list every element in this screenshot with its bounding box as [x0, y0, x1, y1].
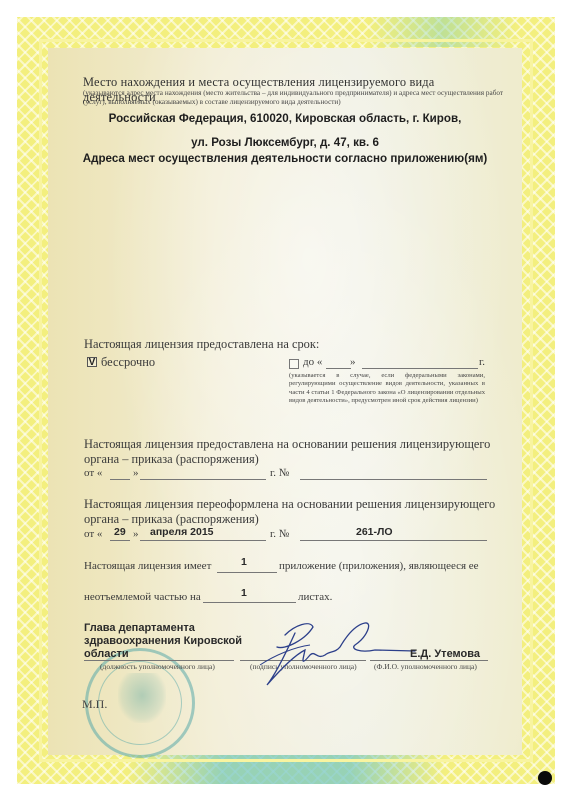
- granted-from-label: от «: [84, 467, 102, 479]
- signatory-name: Е.Д. Утемова: [410, 648, 480, 660]
- reissued-from-label: от «: [84, 528, 102, 540]
- until-hint: (указывается в случае, если федеральными…: [289, 372, 485, 406]
- reissued-number-field[interactable]: [300, 540, 487, 541]
- unlimited-label: бессрочно: [101, 355, 155, 370]
- appendix-sheets-value: 1: [241, 587, 247, 599]
- granted-number-label: г. №: [270, 467, 289, 479]
- reissued-close-quote: »: [133, 528, 139, 540]
- seal-label: М.П.: [82, 697, 107, 712]
- handwritten-signature: [255, 615, 420, 690]
- name-underline: [370, 660, 488, 661]
- granted-close-quote: »: [133, 467, 139, 479]
- signatory-position: Глава департамента здравоохранения Киров…: [84, 622, 242, 661]
- reissued-month-year-field[interactable]: [140, 540, 266, 541]
- until-day-field[interactable]: [326, 368, 351, 369]
- address-line-1: Российская Федерация, 610020, Кировская …: [48, 112, 522, 125]
- until-year-suffix: г.: [479, 356, 485, 368]
- granted-text-line-2: органа – приказа (распоряжения): [84, 452, 259, 467]
- position-line-1: Глава департамента: [84, 622, 242, 635]
- until-month-year-field[interactable]: [362, 368, 478, 369]
- granted-text-line-1: Настоящая лицензия предоставлена на осно…: [84, 437, 490, 452]
- position-caption: (должность уполномоченного лица): [100, 662, 215, 671]
- reissued-text-line-1: Настоящая лицензия переоформлена на осно…: [84, 497, 495, 512]
- appendix-line-2-suffix: листах.: [298, 591, 332, 603]
- appendix-sheets-field[interactable]: [203, 602, 296, 603]
- granted-month-year-field[interactable]: [140, 479, 266, 480]
- address-note: Адреса мест осуществления деятельности с…: [48, 152, 522, 165]
- name-caption: (Ф.И.О. уполномоченного лица): [374, 662, 477, 671]
- term-label: Настоящая лицензия предоставлена на срок…: [84, 337, 319, 352]
- granted-day-field[interactable]: [110, 479, 130, 480]
- appendix-count-field[interactable]: [217, 572, 277, 573]
- until-checkbox[interactable]: [289, 359, 299, 369]
- until-label: до «: [303, 356, 322, 368]
- appendix-line-1-suffix: приложение (приложения), являющееся ее: [279, 560, 479, 572]
- reissued-text-line-2: органа – приказа (распоряжения): [84, 512, 259, 527]
- address-line-2: ул. Розы Люксембург, д. 47, кв. 6: [48, 136, 522, 149]
- reissued-day-value: 29: [114, 526, 126, 538]
- reissued-number-label: г. №: [270, 528, 289, 540]
- position-underline: [84, 660, 234, 661]
- appendix-line-1-prefix: Настоящая лицензия имеет: [84, 560, 211, 572]
- double-headed-eagle-icon: [118, 673, 166, 723]
- appendix-line-2-prefix: неотъемлемой частью на: [84, 591, 201, 603]
- reissued-number-value: 261-ЛО: [356, 526, 393, 538]
- binding-hole: [538, 771, 552, 785]
- granted-number-field[interactable]: [300, 479, 487, 480]
- position-line-2: здравоохранения Кировской: [84, 635, 242, 648]
- appendix-count-value: 1: [241, 556, 247, 568]
- until-close-quote: »: [350, 356, 356, 368]
- reissued-month-year-value: апреля 2015: [150, 526, 214, 538]
- location-hint: (указываются адрес места нахождения (мес…: [83, 89, 503, 107]
- check-mark-icon: V: [89, 357, 96, 368]
- unlimited-checkbox[interactable]: V: [87, 357, 97, 367]
- reissued-day-field[interactable]: [110, 540, 130, 541]
